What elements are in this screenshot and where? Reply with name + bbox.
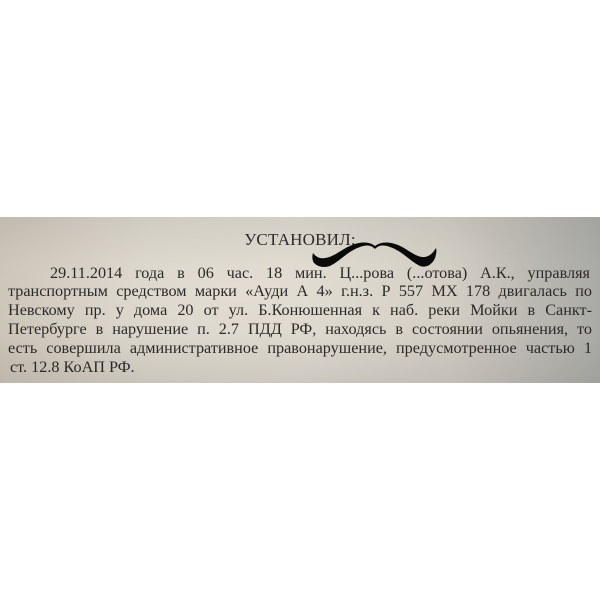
document-photo: УСТАНОВИЛ: 29.11.2014 года в 06 час. 18 … — [0, 217, 600, 383]
text-line-6: ст. 12.8 КоАП РФ. — [10, 359, 135, 375]
text-line-4: Петербурге в нарушение п. 2.7 ПДД РФ, на… — [8, 321, 592, 337]
document-heading: УСТАНОВИЛ: — [0, 230, 600, 250]
text-line-5: есть совершила административное правонар… — [8, 340, 592, 356]
text-line-2: транспортным средством марки «Ауди А 4» … — [8, 283, 592, 299]
text-line-3: Невскому пр. у дома 20 от ул. Б.Конюшенн… — [8, 302, 592, 318]
moustache-icon — [312, 241, 438, 271]
